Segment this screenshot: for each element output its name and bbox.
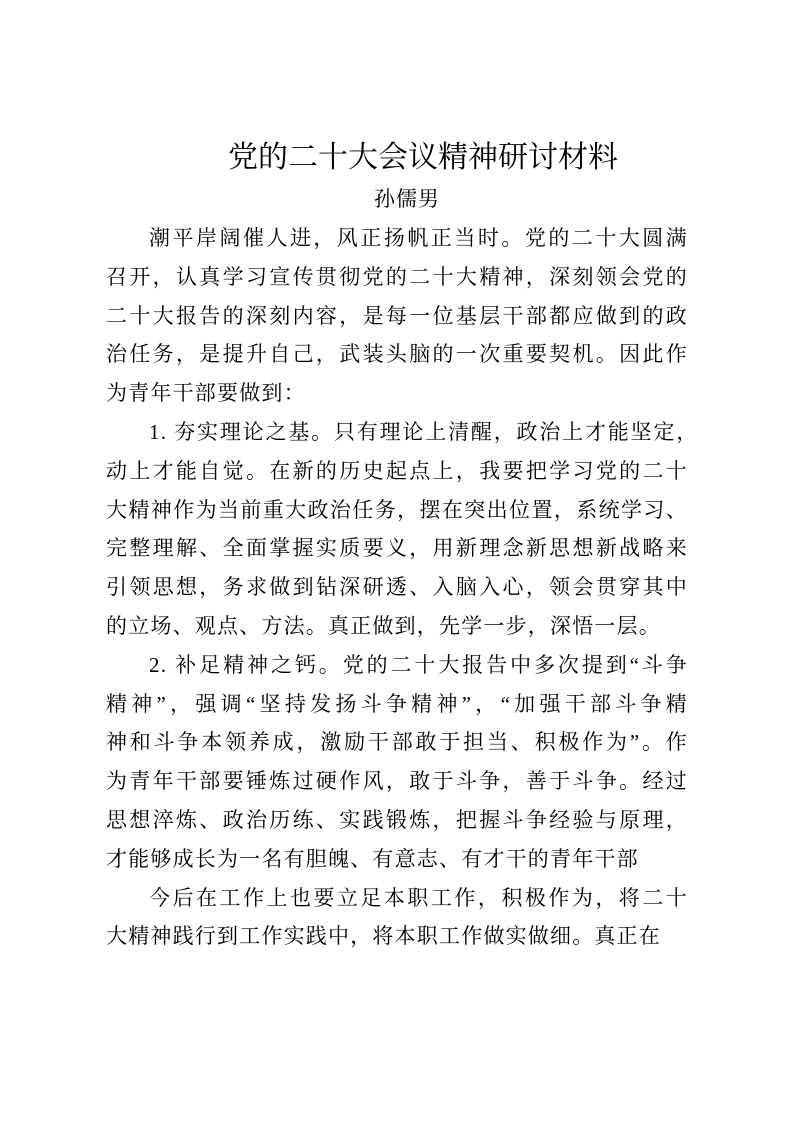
text-line: 思想淬炼、政治历练、实践锻炼，把握斗争经验与原理， xyxy=(106,801,688,840)
text-line: 为青年干部要做到： xyxy=(106,374,688,413)
paragraph: 1. 夯实理论之基。只有理论上清醒，政治上才能坚定， 行动上才能自觉。在新的历史… xyxy=(106,413,688,646)
text-line: 神和斗争本领养成，激励干部敢于担当、积极作为”。作 xyxy=(106,723,688,762)
text-line: 治任务，是提升自己，武装头脑的一次重要契机。因此作 xyxy=(106,335,688,374)
document-title: 党的二十大会议精神研讨材料 xyxy=(106,136,688,180)
text-line: 精神”，强调“坚持发扬斗争精神”，“加强干部斗争精 xyxy=(106,685,688,724)
text-line: 动上才能自觉。在新的历史起点上，我要把学习党的二十 xyxy=(106,452,688,491)
text-line: 大精神作为当前重大政治任务，摆在突出位置，系统学习、 xyxy=(106,491,688,530)
document-content: 党的二十大会议精神研讨材料 孙儒男 潮平岸阔催人进，风正扬帆正当时。党的二十大圆… xyxy=(0,0,794,956)
paragraph: 2. 补足精神之钙。党的二十大报告中多次提到“斗争精神”，强调“坚持发扬斗争精神… xyxy=(106,646,688,879)
text-line: 2. 补足精神之钙。党的二十大报告中多次提到“斗争 xyxy=(106,646,688,685)
document-body: 潮平岸阔催人进，风正扬帆正当时。党的二十大圆满召开，认真学习宣传贯彻党的二十大精… xyxy=(106,219,688,956)
text-line: 引领思想，务求做到钻深研透、入脑入心，领会贯穿其中 xyxy=(106,568,688,607)
text-line: 为青年干部要锤炼过硬作风，敢于斗争，善于斗争。经过 xyxy=(106,762,688,801)
text-line: 的立场、观点、方法。真正做到，先学一步，深悟一层。 xyxy=(106,607,688,646)
document-page: 党的二十大会议精神研讨材料 孙儒男 潮平岸阔催人进，风正扬帆正当时。党的二十大圆… xyxy=(0,0,794,1122)
text-line: 潮平岸阔催人进，风正扬帆正当时。党的二十大圆满 xyxy=(106,219,688,258)
paragraph: 潮平岸阔催人进，风正扬帆正当时。党的二十大圆满召开，认真学习宣传贯彻党的二十大精… xyxy=(106,219,688,413)
text-line: 召开，认真学习宣传贯彻党的二十大精神，深刻领会党的 xyxy=(106,258,688,297)
text-line: 完整理解、全面掌握实质要义，用新理念新思想新战略来 xyxy=(106,529,688,568)
text-line: 二十大报告的深刻内容，是每一位基层干部都应做到的政 xyxy=(106,297,688,336)
text-line: 才能够成长为一名有胆魄、有意志、有才干的青年干部 xyxy=(106,840,688,879)
text-line: 大精神践行到工作实践中，将本职工作做实做细。真正在 xyxy=(106,917,688,956)
text-line: 1. 夯实理论之基。只有理论上清醒，政治上才能坚定， 行 xyxy=(106,413,688,452)
document-author: 孙儒男 xyxy=(106,180,688,219)
paragraph: 今后在工作上也要立足本职工作，积极作为，将二十大精神践行到工作实践中，将本职工作… xyxy=(106,879,688,957)
text-line: 今后在工作上也要立足本职工作，积极作为，将二十 xyxy=(106,879,688,918)
